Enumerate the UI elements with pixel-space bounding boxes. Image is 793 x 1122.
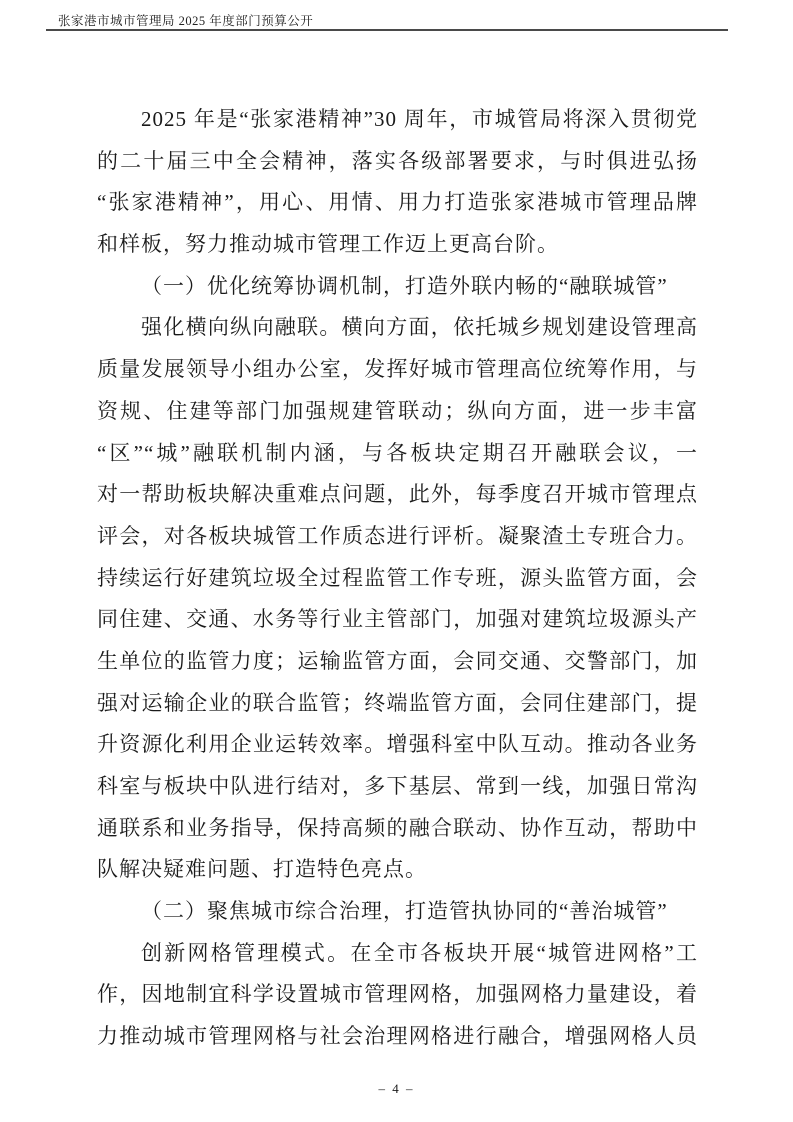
page-number: – 4 – <box>379 1081 415 1096</box>
header-rule <box>46 29 728 31</box>
paragraph-line: 的二十届三中全会精神，落实各级部署要求，与时俱进弘扬 <box>97 141 698 183</box>
paragraph-line: 2025 年是“张家港精神”30 周年，市城管局将深入贯彻党 <box>97 99 698 141</box>
paragraph-line: 强对运输企业的联合监管；终端监管方面，会同住建部门，提 <box>97 683 698 725</box>
paragraph-line: 力推动城市管理网格与社会治理网格进行融合，增强网格人员 <box>97 1016 698 1058</box>
section-heading-line: （二）聚焦城市综合治理，打造管执协同的“善治城管” <box>97 891 698 933</box>
page-footer: – 4 – <box>0 1080 793 1098</box>
paragraph-line: 同住建、交通、水务等行业主管部门，加强对建筑垃圾源头产 <box>97 599 698 641</box>
paragraph-line: 质量发展领导小组办公室，发挥好城市管理高位统筹作用，与 <box>97 349 698 391</box>
paragraph-line: 科室与板块中队进行结对，多下基层、常到一线，加强日常沟 <box>97 766 698 808</box>
paragraph-line: 强化横向纵向融联。横向方面，依托城乡规划建设管理高 <box>97 307 698 349</box>
paragraph-line: “区”“城”融联机制内涵，与各板块定期召开融联会议，一 <box>97 433 698 475</box>
paragraph-line: “张家港精神”，用心、用情、用力打造张家港城市管理品牌 <box>97 182 698 224</box>
paragraph-line: 通联系和业务指导，保持高频的融合联动、协作互动，帮助中 <box>97 808 698 850</box>
document-body: 2025 年是“张家港精神”30 周年，市城管局将深入贯彻党的二十届三中全会精神… <box>97 99 698 1058</box>
paragraph-line: 评会，对各板块城管工作质态进行评析。凝聚渣土专班合力。 <box>97 516 698 558</box>
paragraph-line: 作，因地制宜科学设置城市管理网格，加强网格力量建设，着 <box>97 974 698 1016</box>
paragraph-line: 升资源化利用企业运转效率。增强科室中队互动。推动各业务 <box>97 724 698 766</box>
paragraph-line: 对一帮助板块解决重难点问题，此外，每季度召开城市管理点 <box>97 474 698 516</box>
paragraph-line: 资规、住建等部门加强规建管联动；纵向方面，进一步丰富 <box>97 391 698 433</box>
paragraph-line: 生单位的监管力度；运输监管方面，会同交通、交警部门，加 <box>97 641 698 683</box>
paragraph-line: 持续运行好建筑垃圾全过程监管工作专班，源头监管方面，会 <box>97 558 698 600</box>
header-title: 张家港市城市管理局 2025 年度部门预算公开 <box>58 11 313 29</box>
paragraph-line: 创新网格管理模式。在全市各板块开展“城管进网格”工 <box>97 933 698 975</box>
paragraph-line: 和样板，努力推动城市管理工作迈上更高台阶。 <box>97 224 698 266</box>
section-heading-line: （一）优化统筹协调机制，打造外联内畅的“融联城管” <box>97 266 698 308</box>
document-page: 张家港市城市管理局 2025 年度部门预算公开 2025 年是“张家港精神”30… <box>0 0 793 1122</box>
paragraph-line: 队解决疑难问题、打造特色亮点。 <box>97 849 698 891</box>
